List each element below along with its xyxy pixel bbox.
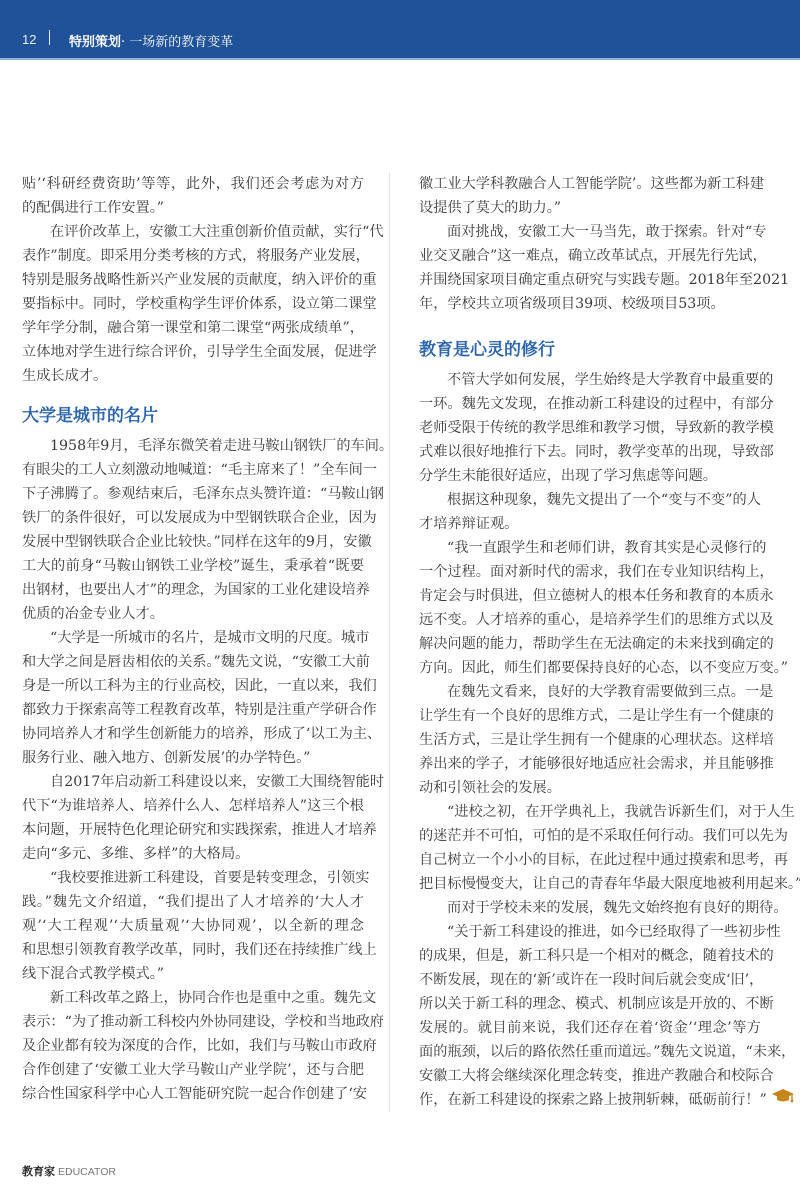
text-line: 远不变。人才培养的重心，是培养学生们的思维方式以及 xyxy=(419,608,761,632)
text-line: 和思想引领教育教学改革，同时，我们还在持续推广线上 xyxy=(22,938,364,962)
text-line: 自己树立一个小小的目标，在此过程中通过摸索和思考，再 xyxy=(419,848,761,872)
text-line: 肯定会与时俱进，但立德树人的根本任务和教育的本质永 xyxy=(419,584,761,608)
text-line: 自2017年启动新工科建设以来，安徽工大围绕智能时 xyxy=(22,770,364,794)
graduation-cap-icon xyxy=(771,1088,795,1112)
text-line: 要指标中。同时，学校重构学生评价体系，设立第二课堂 xyxy=(22,292,364,316)
page-number: 12 xyxy=(22,32,36,47)
paragraph: “大学是一所城市的名片，是城市文明的尺度。城市 和大学之间是唇齿相依的关系。”魏… xyxy=(22,626,364,770)
paragraph: “关于新工科建设的推进，如今已经取得了一些初步性 的成果，但是，新工科只是一个相… xyxy=(419,920,761,1112)
magazine-brand-en: EDUCATOR xyxy=(58,1166,116,1178)
text-line: 线下混合式教学模式。” xyxy=(22,962,364,986)
text-line: 有眼尖的工人立刻激动地喊道：“毛主席来了！”全车间一 xyxy=(22,458,364,482)
text-line: 表作”制度。即采用分类考核的方式，将服务产业发展， xyxy=(22,244,364,268)
text-line: 特别是服务战略性新兴产业发展的贡献度，纳入评价的重 xyxy=(22,268,364,292)
text-line: “我校要推进新工科建设，首要是转变理念，引领实 xyxy=(22,866,364,890)
paragraph: “我校要推进新工科建设，首要是转变理念，引领实 践。”魏先文介绍道，“我们提出了… xyxy=(22,866,364,986)
section-title: 特别策划· 一场新的教育变革 xyxy=(69,31,233,50)
text-line: 分学生未能很好适应，出现了学习焦虑等问题。 xyxy=(419,464,761,488)
text-line: 不管大学如何发展，学生始终是大学教育中最重要的 xyxy=(419,368,761,392)
text-line: 在魏先文看来，良好的大学教育需要做到三点。一是 xyxy=(419,680,761,704)
text-line: 面的瓶颈，以后的路依然任重而道远。”魏先文说道，“未来， xyxy=(419,1040,761,1064)
text-line: 动和引领社会的发展。 xyxy=(419,776,761,800)
text-line: 作，在新工科建设的探索之路上披荆斩棘，砥砺前行！” xyxy=(419,1088,761,1112)
paragraph: 面对挑战，安徽工大一马当先，敢于探索。针对“专 业交叉融合”这一难点，确立改革试… xyxy=(419,220,761,316)
text-line: 及企业都有较为深度的合作，比如，我们与马鞍山市政府 xyxy=(22,1034,364,1058)
paragraph: 贴’‘科研经费资助’等等，此外，我们还会考虑为对方 的配偶进行工作安置。” xyxy=(22,172,364,220)
text-line: 业交叉融合”这一难点，确立改革试点，开展先行先试， xyxy=(419,244,761,268)
text-line: “关于新工科建设的推进，如今已经取得了一些初步性 xyxy=(419,920,761,944)
column-divider xyxy=(389,172,390,1112)
text-line: 代下“为谁培养人、培养什么人、怎样培养人”这三个根 xyxy=(22,794,364,818)
text-line: 让学生有一个良好的思维方式，二是让学生有一个健康的 xyxy=(419,704,761,728)
paragraph: 在魏先文看来，良好的大学教育需要做到三点。一是 让学生有一个良好的思维方式，二是… xyxy=(419,680,761,800)
text-line: 养出来的学子，才能够很好地适应社会需求，并且能够推 xyxy=(419,752,761,776)
section-label: 特别策划 xyxy=(69,35,121,50)
text-line: 立体地对学生进行综合评价，引导学生全面发展，促进学 xyxy=(22,340,364,364)
section-heading: 大学是城市的名片 xyxy=(22,398,364,434)
text-line: 的成果，但是，新工科只是一个相对的概念，随着技术的 xyxy=(419,944,761,968)
text-line: 解决问题的能力，帮助学生在无法确定的未来找到确定的 xyxy=(419,632,761,656)
text-line: 生成长成才。 xyxy=(22,364,364,388)
text-line: 不断发展，现在的‘新’或许在一段时间后就会变成‘旧’， xyxy=(419,968,761,992)
header-divider xyxy=(49,30,50,45)
text-line: 学年学分制，融合第一课堂和第二课堂“两张成绩单”， xyxy=(22,316,364,340)
text-line: 在评价改革上，安徽工大注重创新价值贡献，实行“代 xyxy=(22,220,364,244)
text-line: 一环。魏先文发现，在推动新工科建设的过程中，有部分 xyxy=(419,392,761,416)
text-line: 根据这种现象，魏先文提出了一个“变与不变”的人 xyxy=(419,488,761,512)
page-header: 12 特别策划· 一场新的教育变革 xyxy=(0,0,800,60)
left-column: 贴’‘科研经费资助’等等，此外，我们还会考虑为对方 的配偶进行工作安置。” 在评… xyxy=(22,172,364,1106)
text-line: 工大的前身“马鞍山钢铁工业学校”诞生，秉承着“既要 xyxy=(22,554,364,578)
text-line: 践。”魏先文介绍道，“我们提出了人才培养的‘大人才 xyxy=(22,890,364,914)
text-line: 并围绕国家项目确定重点研究与实践专题。2018年至2021 xyxy=(419,268,761,292)
section-subtitle: · 一场新的教育变革 xyxy=(121,35,233,50)
paragraph: “我一直跟学生和老师们讲，教育其实是心灵修行的 一个过程。面对新时代的需求，我们… xyxy=(419,536,761,680)
text-line: 走向“多元、多维、多样”的大格局。 xyxy=(22,842,364,866)
text-line: 发展中型钢铁联合企业比较快。”同样在这年的9月，安徽 xyxy=(22,530,364,554)
text-line: 方向。因此，师生们都要保持良好的心态，以不变应万变。” xyxy=(419,656,761,680)
paragraph: 1958年9月，毛泽东微笑着走进马鞍山钢铁厂的车间。 有眼尖的工人立刻激动地喊道… xyxy=(22,434,364,626)
text-line: 新工科改革之路上，协同合作也是重中之重。魏先文 xyxy=(22,986,364,1010)
text-line: 身是一所以工科为主的行业高校，因此，一直以来，我们 xyxy=(22,674,364,698)
text-line: 本问题，开展特色化理论研究和实践探索，推进人才培养 xyxy=(22,818,364,842)
text-line: 1958年9月，毛泽东微笑着走进马鞍山钢铁厂的车间。 xyxy=(22,434,364,458)
text-line: “大学是一所城市的名片，是城市文明的尺度。城市 xyxy=(22,626,364,650)
text-line: 发展的。就目前来说，我们还存在着‘资金’‘理念’等方 xyxy=(419,1016,761,1040)
text-line: 和大学之间是唇齿相依的关系。”魏先文说，“安徽工大前 xyxy=(22,650,364,674)
right-column: 徽工业大学科教融合人工智能学院’。这些都为新工科建 设提供了莫大的助力。” 面对… xyxy=(419,172,761,1112)
text-line: 优质的冶金专业人才。 xyxy=(22,602,364,626)
text-line-content: 作，在新工科建设的探索之路上披荆斩棘，砥砺前行！” xyxy=(419,1092,767,1108)
paragraph: 徽工业大学科教融合人工智能学院’。这些都为新工科建 设提供了莫大的助力。” xyxy=(419,172,761,220)
text-line: “我一直跟学生和老师们讲，教育其实是心灵修行的 xyxy=(419,536,761,560)
section-heading: 教育是心灵的修行 xyxy=(419,332,761,368)
text-line: 老师受限于传统的教学思维和教学习惯，导致新的教学模 xyxy=(419,416,761,440)
magazine-brand: 教育家 xyxy=(22,1165,55,1178)
text-line: 所以关于新工科的理念、模式、机制应该是开放的、不断 xyxy=(419,992,761,1016)
text-line: 生活方式，三是让学生拥有一个健康的心理状态。这样培 xyxy=(419,728,761,752)
text-line: 的配偶进行工作安置。” xyxy=(22,196,364,220)
paragraph: 不管大学如何发展，学生始终是大学教育中最重要的 一环。魏先文发现，在推动新工科建… xyxy=(419,368,761,488)
text-line: 把目标慢慢变大，让自己的青春年华最大限度地被利用起来。” xyxy=(419,872,761,896)
text-line: 安徽工大将会继续深化理念转变，推进产教融合和校际合 xyxy=(419,1064,761,1088)
text-line: 面对挑战，安徽工大一马当先，敢于探索。针对“专 xyxy=(419,220,761,244)
text-line: 铁厂的条件很好，可以发展成为中型钢铁联合企业，因为 xyxy=(22,506,364,530)
paragraph: “进校之初，在开学典礼上，我就告诉新生们，对于人生 的迷茫并不可怕，可怕的是不采… xyxy=(419,800,761,896)
text-line: “进校之初，在开学典礼上，我就告诉新生们，对于人生 xyxy=(419,800,761,824)
paragraph: 自2017年启动新工科建设以来，安徽工大围绕智能时 代下“为谁培养人、培养什么人… xyxy=(22,770,364,866)
paragraph: 新工科改革之路上，协同合作也是重中之重。魏先文 表示：“为了推动新工科校内外协同… xyxy=(22,986,364,1106)
text-line: 合作创建了‘安徽工业大学马鞍山产业学院’，还与合肥 xyxy=(22,1058,364,1082)
text-line: 协同培养人才和学生创新能力的培养，形成了‘以工为主、 xyxy=(22,722,364,746)
text-line: 式难以很好地推行下去。同时，教学变革的出现，导致部 xyxy=(419,440,761,464)
page-footer: 教育家EDUCATOR xyxy=(22,1160,116,1179)
text-line: 服务行业、融入地方、创新发展’的办学特色。” xyxy=(22,746,364,770)
text-line: 年，学校共立项省级项目39项、校级项目53项。 xyxy=(419,292,761,316)
text-line: 贴’‘科研经费资助’等等，此外，我们还会考虑为对方 xyxy=(22,172,364,196)
paragraph: 根据这种现象，魏先文提出了一个“变与不变”的人 才培养辩证观。 xyxy=(419,488,761,536)
text-line: 设提供了莫大的助力。” xyxy=(419,196,761,220)
text-line: 一个过程。面对新时代的需求，我们在专业知识结构上， xyxy=(419,560,761,584)
text-line: 才培养辩证观。 xyxy=(419,512,761,536)
text-line: 下子沸腾了。参观结束后，毛泽东点头赞许道：“马鞍山钢 xyxy=(22,482,364,506)
paragraph: 而对于学校未来的发展，魏先文始终抱有良好的期待。 xyxy=(419,896,761,920)
paragraph: 在评价改革上，安徽工大注重创新价值贡献，实行“代 表作”制度。即采用分类考核的方… xyxy=(22,220,364,388)
text-line: 都致力于探索高等工程教育改革，特别是注重产学研合作 xyxy=(22,698,364,722)
text-line: 综合性国家科学中心人工智能研究院一起合作创建了‘安 xyxy=(22,1082,364,1106)
text-line: 徽工业大学科教融合人工智能学院’。这些都为新工科建 xyxy=(419,172,761,196)
text-line: 出钢材，也要出人才”的理念，为国家的工业化建设培养 xyxy=(22,578,364,602)
text-line: 观’‘大工程观’‘大质量观’‘大协同观’，以全新的理念 xyxy=(22,914,364,938)
text-line: 的迷茫并不可怕，可怕的是不采取任何行动。我们可以先为 xyxy=(419,824,761,848)
text-line: 表示：“为了推动新工科校内外协同建设，学校和当地政府 xyxy=(22,1010,364,1034)
text-line: 而对于学校未来的发展，魏先文始终抱有良好的期待。 xyxy=(419,896,761,920)
